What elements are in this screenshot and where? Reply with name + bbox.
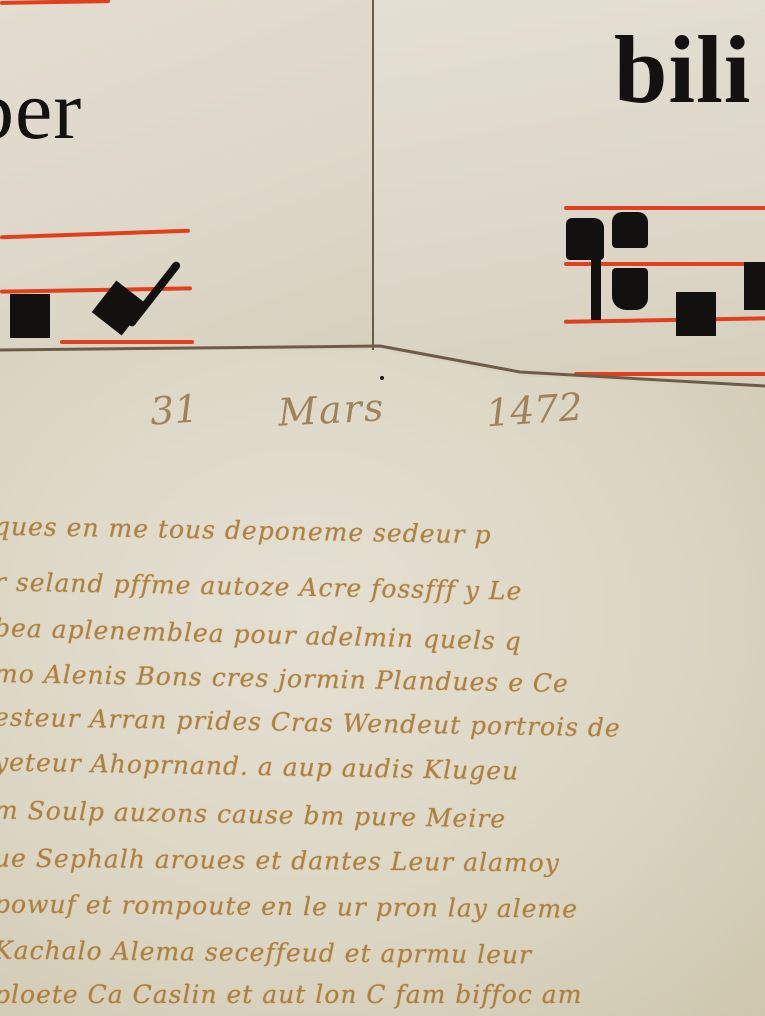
- staff-line: [60, 340, 194, 344]
- punctum-neume: [10, 294, 50, 338]
- staff-line: [0, 229, 190, 240]
- c-clef-upper-right: [612, 212, 648, 248]
- manuscript-line: powuf et rompoute en le ur pron lay alem…: [0, 889, 578, 923]
- staff-line: [574, 372, 765, 376]
- staff-line: [0, 0, 110, 5]
- printed-word-fragment-right: bili: [614, 14, 751, 125]
- staff-line: [564, 206, 765, 210]
- punctum-neume: [676, 292, 716, 336]
- manuscript-line: ue Sephalh aroues et dantes Leur alamoy: [0, 844, 560, 878]
- manuscript-line: ploete Ca Caslin et aut lon C fam biffoc…: [0, 980, 582, 1009]
- date-year: 1472: [485, 385, 585, 436]
- printed-leaf-left: ber: [0, 0, 374, 356]
- punctum-neume-partial: [744, 262, 765, 310]
- date-month: Mars: [277, 385, 386, 435]
- c-clef-lower-right: [612, 268, 648, 310]
- ink-dot: [380, 376, 384, 380]
- manuscript-line: Kachalo Alema seceffeud et aprmu leur: [0, 936, 532, 970]
- date-day: 31: [149, 386, 200, 433]
- printed-leaf-right: bili: [374, 0, 765, 392]
- printed-word-fragment-left: ber: [0, 62, 82, 159]
- c-clef-stem: [591, 240, 601, 320]
